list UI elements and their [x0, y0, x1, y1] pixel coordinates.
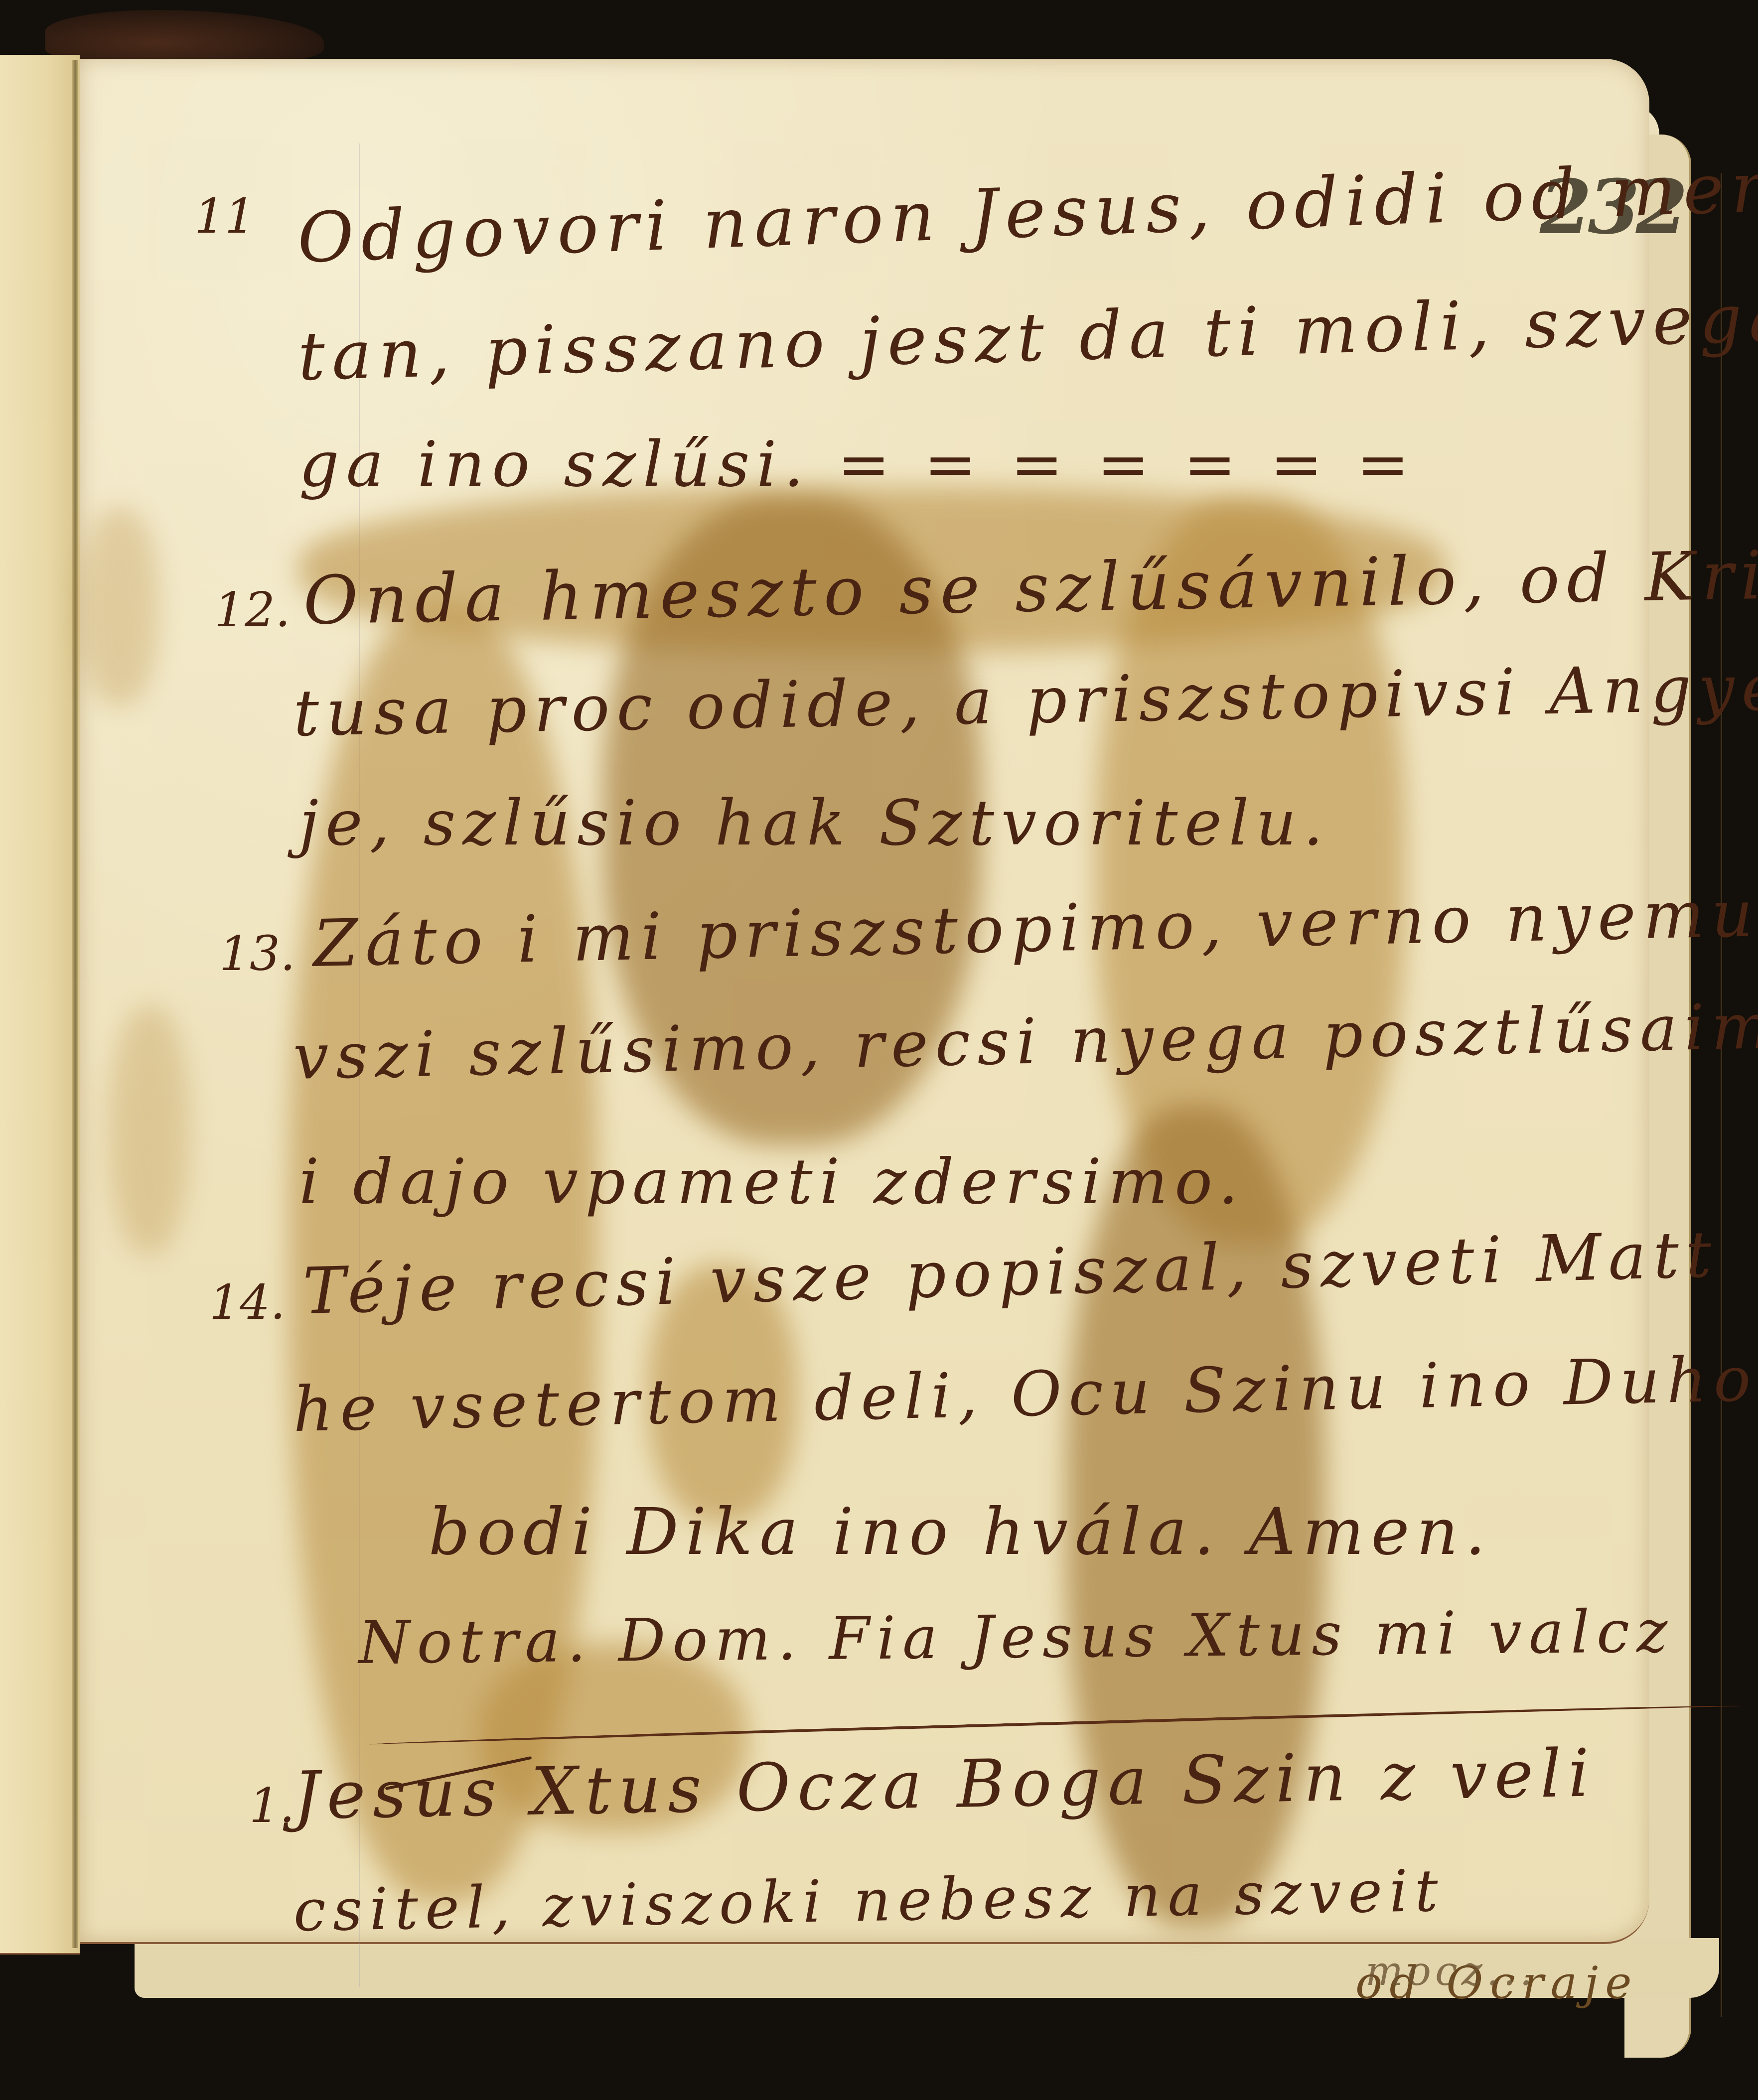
water-stain — [80, 507, 159, 706]
verse-number: 12. — [214, 582, 291, 638]
verse-line: Odgovori naron Jesus, odidi od mene sa — [296, 140, 1758, 279]
verse-line: ga ino szlűsi. = = = = = = = — [299, 427, 1416, 501]
verse-line: je, szlűsio hak Sztvoritelu. — [299, 786, 1330, 859]
verse-line: i dajo vpameti zdersimo. — [299, 1145, 1245, 1218]
water-stain — [110, 1005, 189, 1255]
underlying-page-text: mocz... — [1365, 1948, 1536, 1994]
verse-number: 11 — [194, 188, 255, 244]
verse-number: 14. — [209, 1274, 286, 1330]
book-gutter — [72, 60, 78, 1948]
melody-note: Notra. Dom. Fia Jesus Xtus mi valcz — [358, 1597, 1675, 1677]
verse-line: tan, pisszano jeszt da ti moli, szvega G… — [297, 274, 1758, 396]
hymn-number: 1. — [249, 1778, 295, 1833]
right-margin-rule — [1721, 173, 1722, 2017]
verse-number: 13. — [219, 926, 295, 981]
facing-page-edge — [0, 55, 80, 1955]
verse-line: bodi Dika ino hvála. Amen. — [429, 1494, 1492, 1569]
manuscript-page: 232 11 Odgovori naron Jesus, odidi od me… — [80, 59, 1649, 1944]
